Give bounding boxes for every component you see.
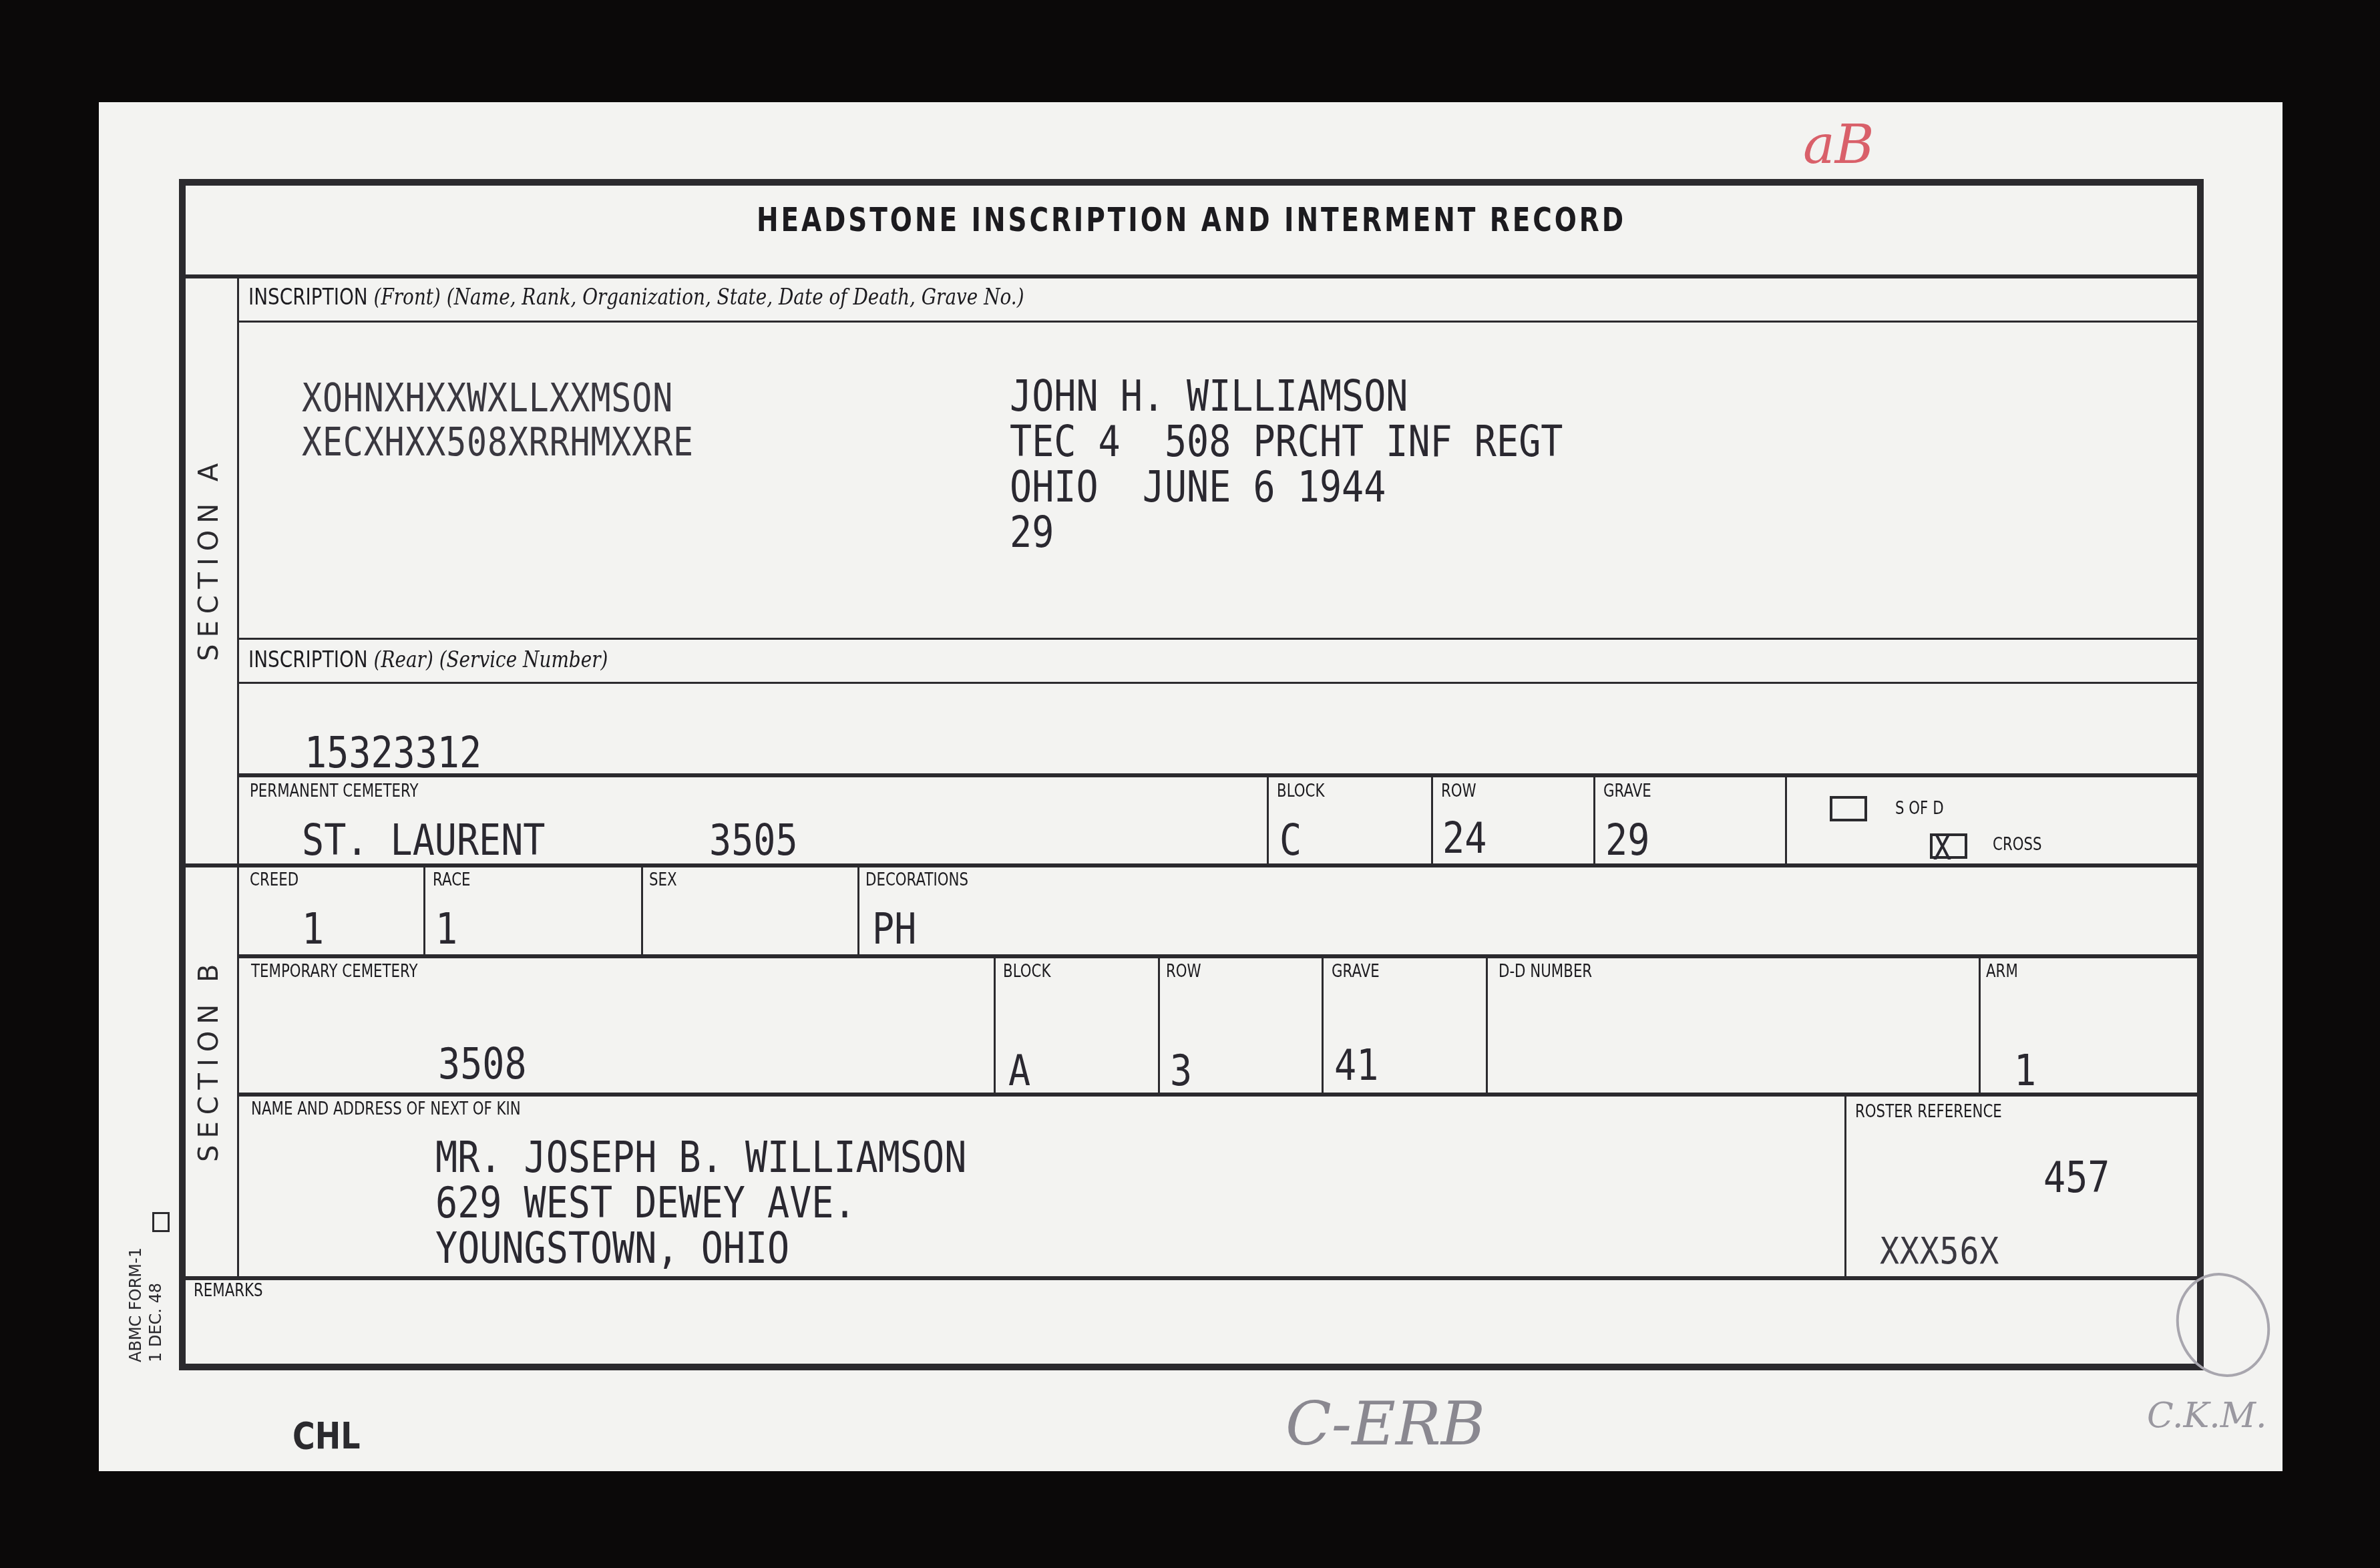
temp-grave-value: 41 bbox=[1334, 1043, 1378, 1089]
inscription-front-line2: TEC 4 508 PRCHT INF REGT bbox=[1010, 419, 1563, 465]
temp-block-label: BLOCK bbox=[1003, 962, 1050, 982]
ckm-initials: C.K.M. bbox=[2147, 1396, 2267, 1436]
remarks-label: REMARKS bbox=[194, 1281, 263, 1301]
remarks-divider bbox=[179, 1276, 2204, 1280]
inscription-front-line4: 29 bbox=[1010, 510, 1054, 556]
decorations-value: PH bbox=[872, 907, 916, 952]
temp-grave-label: GRAVE bbox=[1332, 962, 1380, 982]
inscription-rear-hint: (Rear) (Service Number) bbox=[374, 646, 608, 673]
next-of-kin-line1: MR. JOSEPH B. WILLIAMSON bbox=[435, 1135, 966, 1181]
temp-block-divider bbox=[994, 956, 996, 1095]
struck-inscription-line2: XECXHXX508XRRHMXXRE bbox=[302, 419, 694, 465]
temp-dd-divider bbox=[1486, 956, 1488, 1095]
inscription-front-hint: (Front) (Name, Rank, Organization, State… bbox=[374, 284, 1024, 311]
creed-divider bbox=[423, 865, 425, 956]
permanent-cemetery-code: 3505 bbox=[709, 818, 798, 863]
race-divider bbox=[641, 865, 643, 956]
arm-label: ARM bbox=[1986, 962, 2018, 982]
perm-row-value: 24 bbox=[1442, 816, 1486, 861]
perm-row-label: ROW bbox=[1441, 781, 1476, 801]
rear-content-divider bbox=[238, 773, 2197, 777]
temp-arm-divider bbox=[1979, 956, 1981, 1095]
form-title: HEADSTONE INSCRIPTION AND INTERMENT RECO… bbox=[402, 200, 1981, 239]
next-of-kin-line2: 629 WEST DEWEY AVE. bbox=[435, 1181, 856, 1226]
section-a-label: SECTION A bbox=[194, 457, 224, 661]
race-value: 1 bbox=[435, 907, 457, 952]
temp-grave-divider bbox=[1322, 956, 1324, 1095]
inscription-front-line3: OHIO JUNE 6 1944 bbox=[1010, 465, 1386, 510]
temp-row-value: 3 bbox=[1170, 1048, 1192, 1094]
front-label-divider bbox=[238, 321, 2197, 323]
roster-reference-label: ROSTER REFERENCE bbox=[1855, 1102, 2002, 1122]
next-of-kin-label: NAME AND ADDRESS OF NEXT OF KIN bbox=[251, 1099, 521, 1119]
roster-reference-value: 457 bbox=[2043, 1155, 2110, 1201]
creed-label: CREED bbox=[250, 870, 299, 890]
cross-label: CROSS bbox=[1993, 835, 2042, 855]
front-content-divider bbox=[238, 638, 2197, 640]
perm-block-label: BLOCK bbox=[1277, 781, 1324, 801]
title-divider bbox=[179, 274, 2204, 278]
form-id-line1: ABMC FORM-1 bbox=[126, 1247, 146, 1362]
dd-number-label: D-D NUMBER bbox=[1499, 962, 1592, 982]
cross-check-mark: X bbox=[1933, 825, 1951, 871]
red-pencil-initials: aB bbox=[1803, 114, 1874, 176]
inscription-front-line1: JOHN H. WILLIAMSON bbox=[1010, 374, 1408, 419]
rear-label-divider bbox=[238, 682, 2197, 684]
sex-divider bbox=[857, 865, 859, 956]
perm-grave-label: GRAVE bbox=[1603, 781, 1651, 801]
temp-row-divider bbox=[238, 1093, 2197, 1097]
chl-stamp: CHL bbox=[292, 1414, 360, 1458]
next-of-kin-line3: YOUNGSTOWN, OHIO bbox=[435, 1226, 789, 1271]
inscription-rear-label-text: INSCRIPTION bbox=[248, 646, 368, 673]
perm-block-divider bbox=[1267, 775, 1269, 865]
race-label: RACE bbox=[433, 870, 471, 890]
c-erb-initials: C-ERB bbox=[1285, 1389, 1485, 1459]
roster-divider bbox=[1844, 1095, 1846, 1278]
permanent-cemetery-label: PERMANENT CEMETERY bbox=[250, 781, 418, 801]
temp-row-divider-v bbox=[1158, 956, 1160, 1095]
temp-row-label: ROW bbox=[1166, 962, 1201, 982]
temporary-cemetery-label: TEMPORARY CEMETERY bbox=[251, 962, 418, 982]
s-of-d-label: S OF D bbox=[1895, 799, 1944, 819]
service-number: 15323312 bbox=[305, 731, 481, 776]
perm-marker-divider bbox=[1785, 775, 1787, 865]
inscription-front-label-text: INSCRIPTION bbox=[248, 284, 368, 311]
struck-inscription-line1: XOHNXHXXWXLLXXMSON bbox=[302, 375, 673, 421]
section-b-label: SECTION B bbox=[194, 958, 224, 1162]
perm-row-divider bbox=[1431, 775, 1433, 865]
perm-grave-value: 29 bbox=[1605, 818, 1649, 863]
temp-block-value: A bbox=[1008, 1048, 1030, 1094]
creed-row-divider bbox=[238, 954, 2197, 958]
decorations-label: DECORATIONS bbox=[865, 870, 968, 890]
inscription-rear-label: INSCRIPTION (Rear) (Service Number) bbox=[248, 646, 608, 673]
temporary-cemetery-code: 3508 bbox=[438, 1042, 527, 1087]
creed-value: 1 bbox=[302, 907, 324, 952]
form-id-checkbox[interactable] bbox=[152, 1212, 170, 1232]
inscription-front-label: INSCRIPTION (Front) (Name, Rank, Organiz… bbox=[248, 284, 1024, 311]
roster-reference-struck: XXX56X bbox=[1880, 1229, 1999, 1274]
form-id: ABMC FORM-1 1 DEC. 48 bbox=[126, 1247, 166, 1362]
arm-value: 1 bbox=[2014, 1048, 2036, 1094]
s-of-d-checkbox[interactable] bbox=[1830, 796, 1867, 821]
sex-label: SEX bbox=[649, 870, 677, 890]
form-id-line2: 1 DEC. 48 bbox=[146, 1247, 166, 1362]
permanent-cemetery-name: ST. LAURENT bbox=[302, 818, 546, 863]
perm-grave-divider bbox=[1593, 775, 1595, 865]
perm-block-value: C bbox=[1279, 818, 1302, 863]
section-column-divider bbox=[237, 276, 239, 1278]
